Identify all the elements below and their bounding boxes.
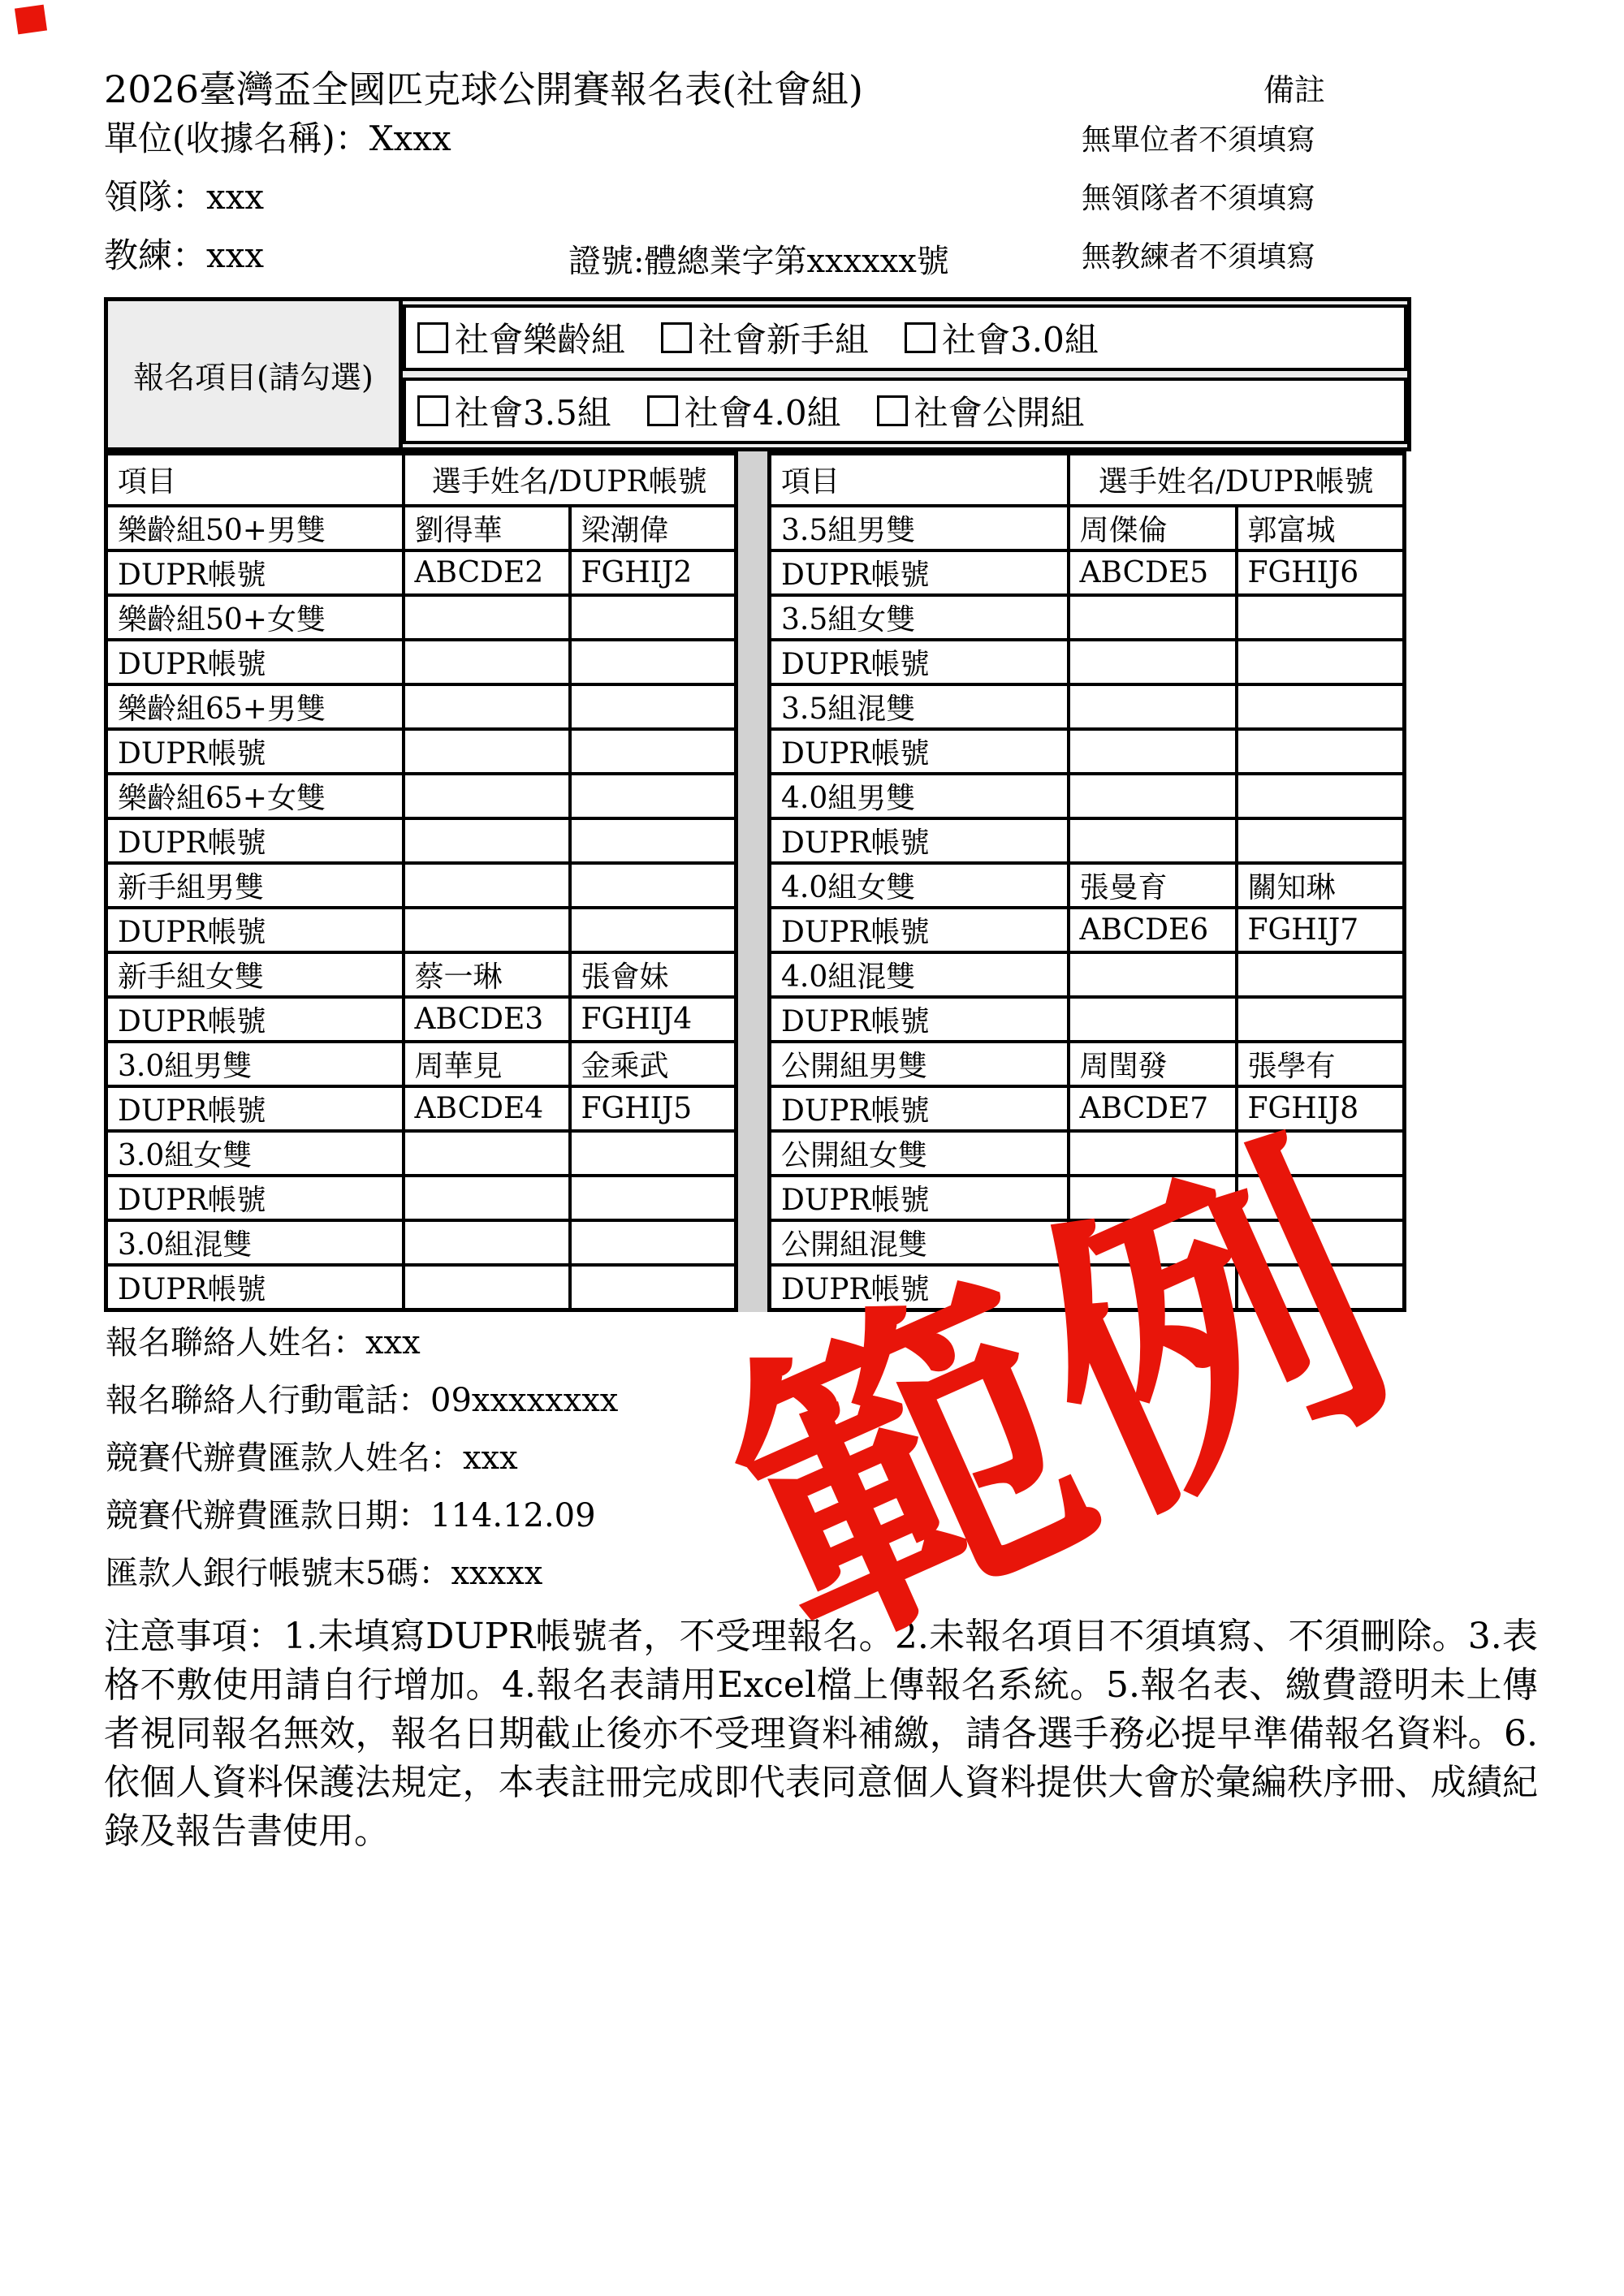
player-name-cell: 關知琳 [1237,863,1405,908]
enroll-section-label: 報名項目(請勾選) [108,301,403,447]
column-header-players: 選手姓名/DUPR帳號 [404,454,736,506]
table-row: DUPR帳號 [106,818,736,863]
player-name-cell [1237,684,1405,729]
player-name-cell [1237,997,1405,1042]
table-row: DUPR帳號 [106,729,736,774]
player-name-cell [1237,774,1405,818]
player-name-cell: FGHIJ2 [570,550,736,595]
table-row: DUPR帳號 [770,1176,1405,1220]
event-name-cell: DUPR帳號 [106,1176,404,1220]
events-table-left: 項目 選手姓名/DUPR帳號 樂齡組50+男雙劉得華梁潮偉DUPR帳號ABCDE… [104,451,738,1312]
player-name-cell [570,1265,736,1310]
player-name-cell [1237,818,1405,863]
checkbox[interactable] [417,395,448,426]
table-header-row: 項目 選手姓名/DUPR帳號 [770,454,1405,506]
events-table-right: 項目 選手姓名/DUPR帳號 3.5組男雙周傑倫郭富城DUPR帳號ABCDE5F… [767,451,1406,1312]
event-name-cell: 4.0組混雙 [770,952,1069,997]
player-name-cell [1237,1176,1405,1220]
player-name-cell [570,1176,736,1220]
player-name-cell [404,863,570,908]
player-name-cell [570,595,736,640]
table-row: DUPR帳號 [106,908,736,952]
unit-remark: 無單位者不須填寫 [1082,117,1315,158]
player-name-cell [570,1131,736,1176]
table-row: DUPR帳號 [770,1265,1405,1310]
player-name-cell [1069,952,1237,997]
player-name-cell [1069,684,1237,729]
table-row: 4.0組男雙 [770,774,1405,818]
player-name-cell [570,729,736,774]
table-row: DUPR帳號 [770,818,1405,863]
coach-remark: 無教練者不須填寫 [1082,234,1315,275]
event-name-cell: 樂齡組65+女雙 [106,774,404,818]
player-name-cell: 劉得華 [404,506,570,550]
contact-line-label: 匯款人銀行帳號末5碼： [106,1555,451,1592]
table-row: 3.0組男雙周華見金乘武 [106,1042,736,1086]
player-name-cell [1069,1176,1237,1220]
page-title: 2026臺灣盃全國匹克球公開賽報名表(社會組) [104,60,863,114]
table-row: 公開組男雙周閏發張學有 [770,1042,1405,1086]
unit-value: Xxxx [369,119,451,158]
table-header-row: 項目 選手姓名/DUPR帳號 [106,454,736,506]
table-row: 樂齡組50+女雙 [106,595,736,640]
event-name-cell: 公開組女雙 [770,1131,1069,1176]
player-name-cell [1069,640,1237,684]
player-name-cell: ABCDE4 [404,1086,570,1131]
player-name-cell [404,640,570,684]
event-name-cell: DUPR帳號 [770,908,1069,952]
player-name-cell: 周華見 [404,1042,570,1086]
player-name-cell [404,818,570,863]
leader-label: 領隊： [104,177,206,217]
contact-line-value: 09xxxxxxxx [430,1382,618,1419]
player-name-cell [404,729,570,774]
column-header-item: 項目 [770,454,1069,506]
player-name-cell [1237,729,1405,774]
event-name-cell: 公開組男雙 [770,1042,1069,1086]
coach-label: 教練： [104,235,206,275]
player-name-cell: FGHIJ7 [1237,908,1405,952]
player-name-cell [1069,1131,1237,1176]
player-name-cell: 張會妹 [570,952,736,997]
leader-remark: 無領隊者不須填寫 [1082,175,1315,217]
checkbox-label: 社會新手組 [698,313,869,362]
player-name-cell [404,1131,570,1176]
event-name-cell: 3.5組男雙 [770,506,1069,550]
checkbox-label: 社會樂齡組 [455,313,625,362]
table-row: 3.5組男雙周傑倫郭富城 [770,506,1405,550]
player-name-cell [404,595,570,640]
player-name-cell: 郭富城 [1237,506,1405,550]
player-name-cell [570,818,736,863]
table-row: 樂齡組65+男雙 [106,684,736,729]
contact-line: 報名聯絡人行動電話：09xxxxxxxx [106,1375,618,1432]
event-name-cell: DUPR帳號 [770,729,1069,774]
checkbox[interactable] [877,395,908,426]
contact-line-label: 競賽代辦費匯款人姓名： [106,1439,463,1477]
table-row: DUPR帳號 [770,997,1405,1042]
event-name-cell: 4.0組女雙 [770,863,1069,908]
event-name-cell: 3.0組女雙 [106,1131,404,1176]
leader-line: 領隊：xxx [104,170,264,219]
enroll-checkbox-row-1: 社會樂齡組社會新手組社會3.0組 [403,304,1407,371]
player-name-cell: ABCDE6 [1069,908,1237,952]
event-name-cell: 公開組混雙 [770,1220,1069,1265]
coach-value: xxx [206,235,264,275]
table-row: 樂齡組65+女雙 [106,774,736,818]
event-name-cell: 樂齡組50+女雙 [106,595,404,640]
event-name-cell: 樂齡組50+男雙 [106,506,404,550]
player-name-cell: 周傑倫 [1069,506,1237,550]
contact-line-label: 報名聯絡人行動電話： [106,1382,430,1419]
player-name-cell [404,1265,570,1310]
checkbox[interactable] [905,322,935,353]
player-name-cell [1069,997,1237,1042]
event-name-cell: DUPR帳號 [770,640,1069,684]
table-row: DUPR帳號 [770,640,1405,684]
player-name-cell [404,684,570,729]
player-name-cell [1237,952,1405,997]
table-row: DUPR帳號ABCDE4FGHIJ5 [106,1086,736,1131]
player-name-cell: 張曼育 [1069,863,1237,908]
contact-line-label: 報名聯絡人姓名： [106,1324,365,1362]
enroll-option: 社會4.0組 [647,386,841,435]
contact-line: 競賽代辦費匯款日期：114.12.09 [106,1490,618,1547]
table-row: DUPR帳號ABCDE7FGHIJ8 [770,1086,1405,1131]
player-name-cell [570,863,736,908]
player-name-cell: 梁潮偉 [570,506,736,550]
table-row: 新手組男雙 [106,863,736,908]
player-name-cell: FGHIJ4 [570,997,736,1042]
table-row: 公開組混雙 [770,1220,1405,1265]
table-row: 3.5組女雙 [770,595,1405,640]
contact-section: 報名聯絡人姓名：xxx報名聯絡人行動電話：09xxxxxxxx競賽代辦費匯款人姓… [106,1317,618,1605]
event-name-cell: DUPR帳號 [106,818,404,863]
contact-line: 競賽代辦費匯款人姓名：xxx [106,1432,618,1490]
player-name-cell: 周閏發 [1069,1042,1237,1086]
checkbox[interactable] [647,395,678,426]
player-name-cell: 張學有 [1237,1042,1405,1086]
event-name-cell: 3.5組女雙 [770,595,1069,640]
player-name-cell: FGHIJ8 [1237,1086,1405,1131]
checkbox[interactable] [661,322,692,353]
contact-line: 匯款人銀行帳號末5碼：xxxxx [106,1547,618,1605]
event-name-cell: DUPR帳號 [106,729,404,774]
event-name-cell: DUPR帳號 [770,550,1069,595]
player-name-cell: 金乘武 [570,1042,736,1086]
player-name-cell [404,908,570,952]
event-name-cell: DUPR帳號 [106,1265,404,1310]
event-name-cell: 4.0組男雙 [770,774,1069,818]
player-name-cell: FGHIJ6 [1237,550,1405,595]
table-row: DUPR帳號ABCDE2FGHIJ2 [106,550,736,595]
enroll-option: 社會公開組 [877,386,1085,435]
event-name-cell: 新手組男雙 [106,863,404,908]
contact-line-label: 競賽代辦費匯款日期： [106,1497,430,1534]
enroll-option: 社會新手組 [661,313,869,362]
contact-line: 報名聯絡人姓名：xxx [106,1317,618,1375]
event-name-cell: DUPR帳號 [770,818,1069,863]
player-name-cell [1237,640,1405,684]
table-row: 4.0組混雙 [770,952,1405,997]
leader-value: xxx [206,177,264,217]
player-name-cell: FGHIJ5 [570,1086,736,1131]
contact-line-value: xxxxx [451,1555,542,1592]
player-name-cell [404,774,570,818]
player-name-cell [1069,595,1237,640]
table-row: 新手組女雙蔡一琳張會妹 [106,952,736,997]
enroll-checkbox-row-2: 社會3.5組社會4.0組社會公開組 [403,378,1407,444]
player-name-cell [570,640,736,684]
table-row: DUPR帳號 [770,729,1405,774]
notes-paragraph: 注意事項：1.未填寫DUPR帳號者，不受理報名。2.未報名項目不須填寫、不須刪除… [104,1612,1538,1856]
event-name-cell: 樂齡組65+男雙 [106,684,404,729]
enroll-option: 社會3.5組 [417,386,611,435]
checkbox-label: 社會3.5組 [455,386,611,435]
event-name-cell: DUPR帳號 [770,1176,1069,1220]
event-name-cell: 新手組女雙 [106,952,404,997]
unit-label: 單位(收據名稱)： [104,119,369,158]
event-name-cell: DUPR帳號 [770,1086,1069,1131]
checkbox-label: 社會4.0組 [685,386,841,435]
event-name-cell: 3.0組男雙 [106,1042,404,1086]
checkbox-label: 社會3.0組 [942,313,1099,362]
event-name-cell: DUPR帳號 [106,640,404,684]
event-name-cell: DUPR帳號 [770,997,1069,1042]
event-name-cell: 3.5組混雙 [770,684,1069,729]
column-header-item: 項目 [106,454,404,506]
player-name-cell [570,774,736,818]
remarks-column-header: 備註 [1263,65,1325,110]
player-name-cell [404,1220,570,1265]
player-name-cell [1069,818,1237,863]
contact-line-value: xxx [365,1324,421,1362]
player-name-cell: ABCDE2 [404,550,570,595]
player-name-cell [1069,1265,1237,1310]
player-name-cell [1237,1131,1405,1176]
checkbox[interactable] [417,322,448,353]
event-name-cell: DUPR帳號 [106,1086,404,1131]
player-name-cell [570,684,736,729]
checkbox-label: 社會公開組 [914,386,1085,435]
player-name-cell: ABCDE5 [1069,550,1237,595]
table-row: DUPR帳號ABCDE5FGHIJ6 [770,550,1405,595]
event-name-cell: 3.0組混雙 [106,1220,404,1265]
event-name-cell: DUPR帳號 [770,1265,1069,1310]
events-table: 項目 選手姓名/DUPR帳號 樂齡組50+男雙劉得華梁潮偉DUPR帳號ABCDE… [104,451,1411,1312]
unit-line: 單位(收據名稱)：Xxxx [104,112,451,161]
player-name-cell [404,1176,570,1220]
event-name-cell: DUPR帳號 [106,997,404,1042]
table-row: DUPR帳號ABCDE6FGHIJ7 [770,908,1405,952]
enroll-checkbox-area: 社會樂齡組社會新手組社會3.0組 社會3.5組社會4.0組社會公開組 [403,301,1407,447]
table-row: 樂齡組50+男雙劉得華梁潮偉 [106,506,736,550]
contact-line-value: 114.12.09 [430,1497,596,1534]
enroll-option: 社會3.0組 [905,313,1099,362]
player-name-cell [570,1220,736,1265]
table-row: DUPR帳號ABCDE3FGHIJ4 [106,997,736,1042]
table-row: 4.0組女雙張曼育關知琳 [770,863,1405,908]
table-divider-strip [738,451,767,1312]
table-row: DUPR帳號 [106,640,736,684]
enroll-option: 社會樂齡組 [417,313,625,362]
table-row: 3.0組女雙 [106,1131,736,1176]
event-name-cell: DUPR帳號 [106,550,404,595]
table-row: DUPR帳號 [106,1265,736,1310]
coach-cert-number: 證號:體總業字第xxxxxx號 [568,235,949,282]
table-row: 3.5組混雙 [770,684,1405,729]
table-row: 公開組女雙 [770,1131,1405,1176]
corner-stamp-mark [15,5,47,35]
player-name-cell: ABCDE3 [404,997,570,1042]
player-name-cell [570,908,736,952]
player-name-cell: ABCDE7 [1069,1086,1237,1131]
player-name-cell [1237,1265,1405,1310]
player-name-cell [1069,729,1237,774]
player-name-cell [1237,595,1405,640]
column-header-players: 選手姓名/DUPR帳號 [1069,454,1405,506]
event-name-cell: DUPR帳號 [106,908,404,952]
table-row: DUPR帳號 [106,1176,736,1220]
coach-line: 教練：xxx [104,229,264,278]
player-name-cell [1069,774,1237,818]
registration-form-page: 2026臺灣盃全國匹克球公開賽報名表(社會組) 備註 單位(收據名稱)：Xxxx… [0,0,1624,2296]
enroll-section: 報名項目(請勾選) 社會樂齡組社會新手組社會3.0組 社會3.5組社會4.0組社… [104,297,1411,451]
contact-line-value: xxx [463,1439,518,1477]
player-name-cell: 蔡一琳 [404,952,570,997]
player-name-cell [1069,1220,1237,1265]
table-row: 3.0組混雙 [106,1220,736,1265]
player-name-cell [1237,1220,1405,1265]
